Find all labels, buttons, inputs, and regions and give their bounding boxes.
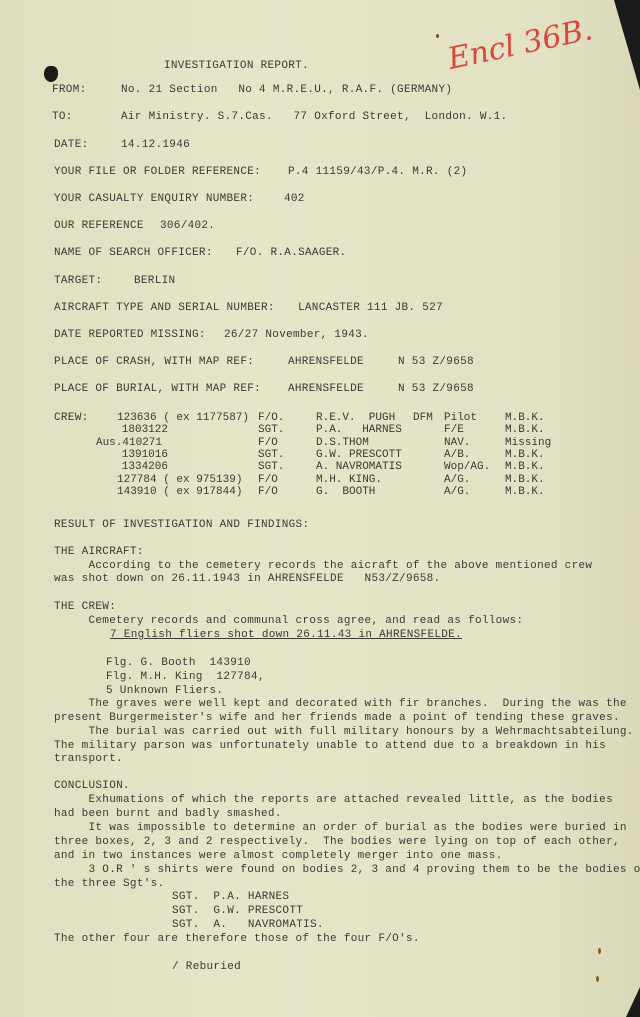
crew-name-cell: P.A. HARNES xyxy=(316,424,402,436)
punch-hole xyxy=(44,66,58,82)
crew-role-cell: A/B. xyxy=(444,449,470,461)
crew-number-cell: 123636 ( ex 1177587) xyxy=(117,412,257,424)
target-label: TARGET: xyxy=(54,275,102,287)
graves-para-line: The burial was carried out with full mil… xyxy=(54,726,634,738)
crew-number-cell: 1334206 xyxy=(78,461,168,473)
handwritten-annotation: Encl 36B. xyxy=(445,12,596,77)
crew-role-cell: Wop/AG. xyxy=(444,461,490,473)
casualty-value: 402 xyxy=(284,193,305,205)
sgt-list-item: SGT. A. NAVROMATIS. xyxy=(172,919,324,931)
crew-role-cell: A/G. xyxy=(444,486,470,498)
sgt-list-item: SGT. P.A. HARNES xyxy=(172,891,289,903)
crew-role-cell: Pilot xyxy=(444,412,477,424)
crew-award-cell: DFM xyxy=(413,412,433,424)
officer-value: F/O. R.A.SAAGER. xyxy=(236,247,346,259)
crew-number-cell: 1803122 xyxy=(78,424,168,436)
officer-label: NAME OF SEARCH OFFICER: xyxy=(54,247,213,259)
crew-rank-cell: SGT. xyxy=(258,461,284,473)
aircraft-para-line: was shot down on 26.11.1943 in AHRENSFEL… xyxy=(54,573,440,585)
crew-status-cell: Missing xyxy=(505,437,551,449)
crew-rank-cell: SGT. xyxy=(258,424,284,436)
crew-status-cell: M.B.K. xyxy=(505,461,545,473)
crew-name-cell: A. NAVROMATIS xyxy=(316,461,402,473)
crew-name-cell: M.H. KING. xyxy=(316,474,382,486)
scan-edge-shadow xyxy=(626,987,640,1017)
crew-label: CREW: xyxy=(54,412,89,424)
crew-role-cell: F/E xyxy=(444,424,464,436)
scan-edge-shadow xyxy=(614,0,640,90)
crew-name-cell: R.E.V. PUGH xyxy=(316,412,395,424)
graves-para-line: The military parson was unfortunately un… xyxy=(54,740,606,752)
aircraft-value: LANCASTER 111 JB. 527 xyxy=(298,302,443,314)
crew-status-cell: M.B.K. xyxy=(505,474,545,486)
conclusion-heading: CONCLUSION. xyxy=(54,780,130,792)
results-heading: RESULT OF INVESTIGATION AND FINDINGS: xyxy=(54,519,309,531)
conclusion-line: had been burnt and badly smashed. xyxy=(54,808,282,820)
crew-heading: THE CREW: xyxy=(54,601,116,613)
our-ref-label: OUR REFERENCE xyxy=(54,220,144,232)
target-value: BERLIN xyxy=(134,275,175,287)
crew-status-cell: M.B.K. xyxy=(505,412,545,424)
crew-rank-cell: F/O. xyxy=(258,412,284,424)
aircraft-heading: THE AIRCRAFT: xyxy=(54,546,144,558)
crew-para-intro: Cemetery records and communal cross agre… xyxy=(54,615,523,627)
reburied-note: / Reburied xyxy=(172,961,241,973)
crew-number-cell: Aus.410271 xyxy=(72,437,162,449)
graves-para-line: The graves were well kept and decorated … xyxy=(54,698,627,710)
burial-label: PLACE OF BURIAL, WITH MAP REF: xyxy=(54,383,261,395)
crew-rank-cell: F/O xyxy=(258,486,278,498)
crew-rank-cell: F/O xyxy=(258,474,278,486)
ink-speck xyxy=(596,976,599,982)
conclusion-line: three boxes, 2, 3 and 2 respectively. Th… xyxy=(54,836,620,848)
crew-name-cell: G.W. PRESCOTT xyxy=(316,449,402,461)
crew-list-item: Flg. M.H. King 127784, xyxy=(106,671,265,683)
date-value: 14.12.1946 xyxy=(121,139,190,151)
missing-label: DATE REPORTED MISSING: xyxy=(54,329,206,341)
crew-role-cell: NAV. xyxy=(444,437,470,449)
missing-value: 26/27 November, 1943. xyxy=(224,329,369,341)
crew-list-item: 5 Unknown Fliers. xyxy=(106,685,223,697)
from-value: No. 21 Section No 4 M.R.E.U., R.A.F. (GE… xyxy=(121,84,452,96)
from-label: FROM: xyxy=(52,84,87,96)
aircraft-para-line: According to the cemetery records the ai… xyxy=(54,560,592,572)
crash-ref: N 53 Z/9658 xyxy=(398,356,474,368)
conclusion-line: Exhumations of which the reports are att… xyxy=(54,794,613,806)
burial-ref: N 53 Z/9658 xyxy=(398,383,474,395)
crew-list-item: Flg. G. Booth 143910 xyxy=(106,657,251,669)
sgt-list-item: SGT. G.W. PRESCOTT xyxy=(172,905,303,917)
document-page: INVESTIGATION REPORT. Encl 36B. FROM: No… xyxy=(0,0,640,1017)
our-ref-value: 306/402. xyxy=(160,220,215,232)
crew-status-cell: M.B.K. xyxy=(505,449,545,461)
to-value: Air Ministry. S.7.Cas. 77 Oxford Street,… xyxy=(121,111,507,123)
conclusion-line: It was impossible to determine an order … xyxy=(54,822,627,834)
conclusion-line: and in two instances were almost complet… xyxy=(54,850,503,862)
burial-place: AHRENSFELDE xyxy=(288,383,364,395)
conclusion-line: the three Sgt's. xyxy=(54,878,164,890)
crew-number-cell: 127784 ( ex 975139) xyxy=(117,474,257,486)
graves-para-line: transport. xyxy=(54,753,123,765)
file-ref-label: YOUR FILE OR FOLDER REFERENCE: xyxy=(54,166,261,178)
ink-speck xyxy=(436,34,439,38)
ink-speck xyxy=(598,948,601,954)
aircraft-label: AIRCRAFT TYPE AND SERIAL NUMBER: xyxy=(54,302,275,314)
crew-number-cell: 143910 ( ex 917844) xyxy=(117,486,257,498)
to-label: TO: xyxy=(52,111,73,123)
crew-para-underlined: 7 English fliers shot down 26.11.43 in A… xyxy=(110,629,462,641)
crew-name-cell: G. BOOTH xyxy=(316,486,375,498)
crew-number-cell: 1391016 xyxy=(78,449,168,461)
casualty-label: YOUR CASUALTY ENQUIRY NUMBER: xyxy=(54,193,254,205)
crash-place: AHRENSFELDE xyxy=(288,356,364,368)
crew-rank-cell: F/O xyxy=(258,437,278,449)
crew-status-cell: M.B.K. xyxy=(505,424,545,436)
final-line: The other four are therefore those of th… xyxy=(54,933,420,945)
report-title: INVESTIGATION REPORT. xyxy=(164,60,309,72)
conclusion-line: 3 O.R ' s shirts were found on bodies 2,… xyxy=(54,864,640,876)
date-label: DATE: xyxy=(54,139,89,151)
crash-label: PLACE OF CRASH, WITH MAP REF: xyxy=(54,356,254,368)
crew-status-cell: M.B.K. xyxy=(505,486,545,498)
crew-role-cell: A/G. xyxy=(444,474,470,486)
file-ref-value: P.4 11159/43/P.4. M.R. (2) xyxy=(288,166,467,178)
graves-para-line: present Burgermeister's wife and her fri… xyxy=(54,712,620,724)
crew-rank-cell: SGT. xyxy=(258,449,284,461)
crew-name-cell: D.S.THOM xyxy=(316,437,369,449)
